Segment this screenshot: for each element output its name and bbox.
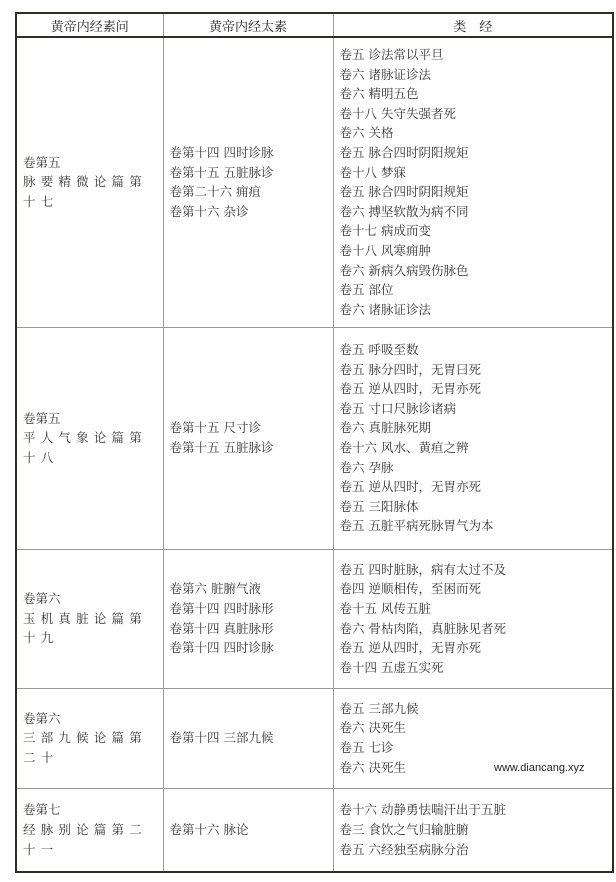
leijing-entry: 卷三 食饮之气归输脏腑 [340, 820, 609, 840]
leijing-entry: 卷六 关格 [340, 123, 609, 143]
taisu-cell: 卷第十六 脉论 [163, 788, 333, 872]
taisu-entry: 卷第十四 真脏脉形 [170, 619, 329, 639]
taisu-cell: 卷第十四 四时诊脉卷第十五 五脏脉诊卷第二十六 痈疽卷第十六 杂诊 [163, 37, 333, 327]
suwen-chapter-title: 脉要精微论篇第 [23, 172, 159, 192]
suwen-volume: 卷第六 [23, 589, 159, 609]
leijing-entry: 卷十八 失守失强者死 [340, 104, 609, 124]
leijing-entry: 卷十五 风传五脏 [340, 599, 609, 619]
suwen-volume: 卷第七 [23, 800, 159, 820]
suwen-chapter-title: 十一 [23, 840, 159, 860]
suwen-chapter-title: 十七 [23, 192, 159, 212]
leijing-entry: 卷五 七诊 [340, 738, 609, 758]
leijing-entry: 卷五 三阳脉体 [340, 497, 609, 517]
suwen-cell: 卷第七经脉别论篇第二十一 [16, 788, 163, 872]
suwen-volume: 卷第五 [23, 409, 159, 429]
suwen-cell: 卷第五脉要精微论篇第十七 [16, 37, 163, 327]
leijing-entry: 卷六 孕脉 [340, 458, 609, 478]
taisu-entry: 卷第十五 五脏脉诊 [170, 163, 329, 183]
header-leijing: 类 经 [333, 13, 613, 37]
leijing-entry: 卷六 精明五色 [340, 84, 609, 104]
leijing-entry: 卷五 逆从四时，无胃亦死 [340, 379, 609, 399]
table-row: 卷第七经脉别论篇第二十一卷第十六 脉论卷十六 动静勇怯喘汗出于五脏卷三 食饮之气… [16, 788, 613, 872]
taisu-entry: 卷第十四 四时诊脉 [170, 638, 329, 658]
leijing-entry: 卷五 五脏平病死脉胃气为本 [340, 516, 609, 536]
leijing-entry: 卷六 诸脉证诊法 [340, 65, 609, 85]
leijing-entry: 卷十四 五虚五实死 [340, 658, 609, 678]
leijing-entry: 卷六 新病久病毁伤脉色 [340, 261, 609, 281]
suwen-chapter-title: 十九 [23, 628, 159, 648]
suwen-chapter-title: 三部九候论篇第 [23, 728, 159, 748]
leijing-entry: 卷五 寸口尺脉诊诸病 [340, 399, 609, 419]
suwen-cell: 卷第六三部九候论篇第二十 [16, 688, 163, 788]
suwen-volume: 卷第五 [23, 153, 159, 173]
leijing-entry: 卷五 脉合四时阴阳规矩 [340, 143, 609, 163]
leijing-entry: 卷五 脉合四时阴阳规矩 [340, 182, 609, 202]
leijing-entry: 卷十八 梦寐 [340, 163, 609, 183]
taisu-entry: 卷第十四 四时诊脉 [170, 143, 329, 163]
table-row: 卷第五平人气象论篇第十八卷第十五 尺寸诊卷第十五 五脏脉诊卷五 呼吸至数卷五 脉… [16, 327, 613, 549]
leijing-entry: 卷五 诊法常以平旦 [340, 45, 609, 65]
leijing-entry: 卷十七 病成而变 [340, 221, 609, 241]
leijing-entry: 卷五 三部九候 [340, 699, 609, 719]
header-taisu: 黄帝内经太素 [163, 13, 333, 37]
suwen-chapter-title: 玉机真脏论篇第 [23, 609, 159, 629]
leijing-entry: 卷五 逆从四时，无胃亦死 [340, 638, 609, 658]
suwen-chapter-title: 平人气象论篇第 [23, 428, 159, 448]
suwen-cell: 卷第五平人气象论篇第十八 [16, 327, 163, 549]
leijing-entry: 卷十八 风寒痈肿 [340, 241, 609, 261]
taisu-entry: 卷第十四 三部九候 [170, 728, 329, 748]
taisu-entry: 卷第十五 五脏脉诊 [170, 438, 329, 458]
suwen-volume: 卷第六 [23, 709, 159, 729]
leijing-entry: 卷六 真脏脉死期 [340, 418, 609, 438]
suwen-cell: 卷第六玉机真脏论篇第十九 [16, 549, 163, 688]
taisu-cell: 卷第十四 三部九候 [163, 688, 333, 788]
leijing-entry: 卷五 部位 [340, 280, 609, 300]
leijing-entry: 卷五 逆从四时，无胃亦死 [340, 477, 609, 497]
leijing-entry: 卷六 决死生 [340, 718, 609, 738]
leijing-entry: 卷六 搏坚软散为病不同 [340, 202, 609, 222]
taisu-entry: 卷第二十六 痈疽 [170, 182, 329, 202]
leijing-cell: 卷五 诊法常以平旦卷六 诸脉证诊法卷六 精明五色卷十八 失守失强者死卷六 关格卷… [333, 37, 613, 327]
watermark: www.diancang.xyz [494, 762, 585, 774]
leijing-cell: 卷五 四时脏脉，病有太过不及卷四 逆顺相传，至困而死卷十五 风传五脏卷六 骨枯肉… [333, 549, 613, 688]
leijing-entry: 卷六 诸脉证诊法 [340, 300, 609, 320]
taisu-entry: 卷第十六 脉论 [170, 820, 329, 840]
taisu-entry: 卷第十四 四时脉形 [170, 599, 329, 619]
leijing-entry: 卷十六 动静勇怯喘汗出于五脏 [340, 800, 609, 820]
leijing-entry: 卷五 脉分四时，无胃曰死 [340, 360, 609, 380]
suwen-chapter-title: 二十 [23, 748, 159, 768]
leijing-entry: 卷五 六经独至病脉分治 [340, 840, 609, 860]
comparison-table: 黄帝内经素问 黄帝内经太素 类 经 卷第五脉要精微论篇第十七卷第十四 四时诊脉卷… [15, 12, 614, 873]
leijing-entry: 卷五 呼吸至数 [340, 340, 609, 360]
leijing-cell: 卷十六 动静勇怯喘汗出于五脏卷三 食饮之气归输脏腑卷五 六经独至病脉分治 [333, 788, 613, 872]
taisu-entry: 卷第六 脏腑气液 [170, 579, 329, 599]
taisu-entry: 卷第十六 杂诊 [170, 202, 329, 222]
leijing-entry: 卷五 四时脏脉，病有太过不及 [340, 560, 609, 580]
leijing-entry: 卷十六 风水、黄疸之辨 [340, 438, 609, 458]
header-suwen: 黄帝内经素问 [16, 13, 163, 37]
suwen-chapter-title: 十八 [23, 448, 159, 468]
suwen-chapter-title: 经脉别论篇第二 [23, 820, 159, 840]
header-row: 黄帝内经素问 黄帝内经太素 类 经 [16, 13, 613, 37]
leijing-cell: 卷五 呼吸至数卷五 脉分四时，无胃曰死卷五 逆从四时，无胃亦死卷五 寸口尺脉诊诸… [333, 327, 613, 549]
taisu-cell: 卷第六 脏腑气液卷第十四 四时脉形卷第十四 真脏脉形卷第十四 四时诊脉 [163, 549, 333, 688]
leijing-entry: 卷六 骨枯肉陷，真脏脉见者死 [340, 619, 609, 639]
taisu-entry: 卷第十五 尺寸诊 [170, 418, 329, 438]
table-row: 卷第五脉要精微论篇第十七卷第十四 四时诊脉卷第十五 五脏脉诊卷第二十六 痈疽卷第… [16, 37, 613, 327]
taisu-cell: 卷第十五 尺寸诊卷第十五 五脏脉诊 [163, 327, 333, 549]
leijing-entry: 卷四 逆顺相传，至困而死 [340, 579, 609, 599]
table-row: 卷第六玉机真脏论篇第十九卷第六 脏腑气液卷第十四 四时脉形卷第十四 真脏脉形卷第… [16, 549, 613, 688]
